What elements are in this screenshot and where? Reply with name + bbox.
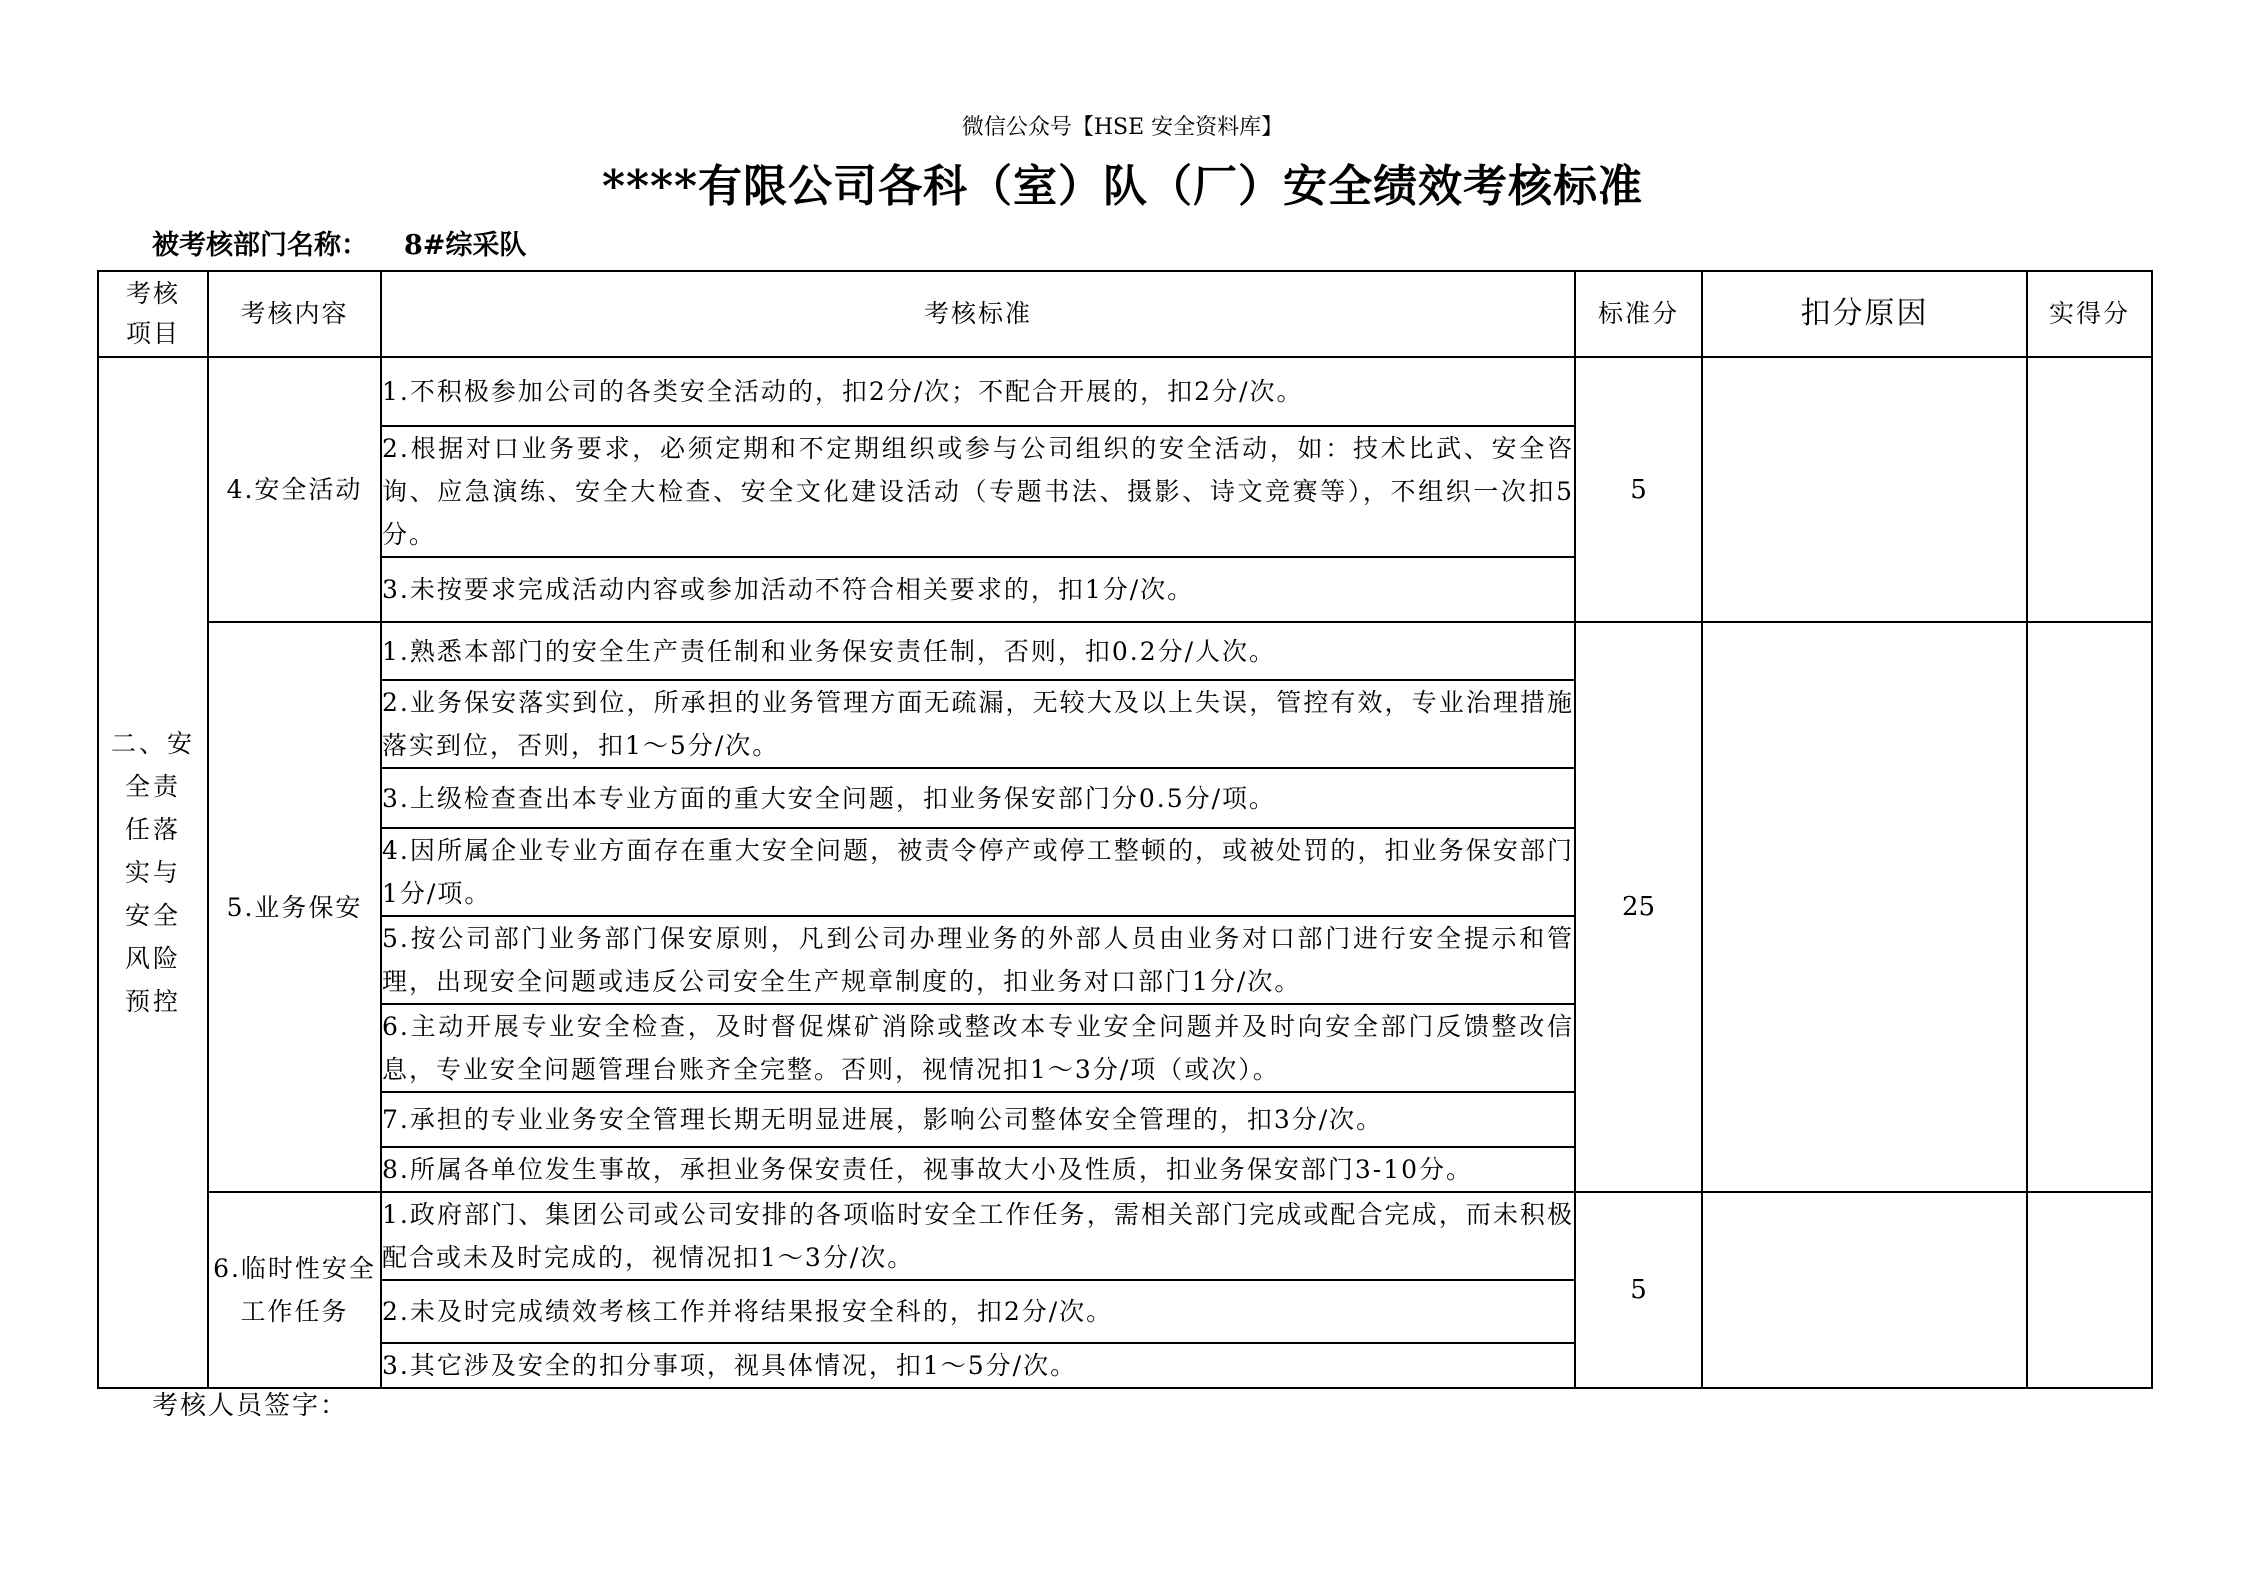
criterion-cell: 1.熟悉本部门的安全生产责任制和业务保安责任制，否则，扣0.2分/人次。 — [381, 622, 1575, 680]
department-label: 被考核部门名称： — [152, 230, 368, 261]
category-line: 风险 — [99, 937, 207, 980]
criterion-cell: 2.业务保安落实到位，所承担的业务管理方面无疏漏，无较大及以上失误，管控有效，专… — [381, 680, 1575, 768]
header-item-line1: 考核 — [99, 274, 207, 314]
criterion-cell: 6.主动开展专业安全检查，及时督促煤矿消除或整改本专业安全问题并及时向安全部门反… — [381, 1004, 1575, 1092]
header-item-line2: 项目 — [99, 314, 207, 354]
criterion-cell: 3.上级检查查出本专业方面的重大安全问题，扣业务保安部门分0.5分/项。 — [381, 768, 1575, 828]
header-actual-score: 实得分 — [2027, 271, 2152, 357]
criterion-cell: 1.不积极参加公司的各类安全活动的，扣2分/次；不配合开展的，扣2分/次。 — [381, 357, 1575, 426]
standard-score-cell: 5 — [1575, 357, 1702, 622]
department-value: 8#综采队 — [404, 230, 526, 261]
content-cell-temporary-tasks: 6.临时性安全工作任务 — [208, 1192, 381, 1388]
criterion-cell: 7.承担的专业业务安全管理长期无明显进展，影响公司整体安全管理的，扣3分/次。 — [381, 1092, 1575, 1147]
table-row: 5.业务保安 1.熟悉本部门的安全生产责任制和业务保安责任制，否则，扣0.2分/… — [98, 622, 2152, 680]
criterion-cell: 8.所属各单位发生事故，承担业务保安责任，视事故大小及性质，扣业务保安部门3-1… — [381, 1147, 1575, 1192]
criterion-cell: 1.政府部门、集团公司或公司安排的各项临时安全工作任务，需相关部门完成或配合完成… — [381, 1192, 1575, 1280]
category-line: 二、安 — [99, 722, 207, 765]
table-row: 6.临时性安全工作任务 1.政府部门、集团公司或公司安排的各项临时安全工作任务，… — [98, 1192, 2152, 1280]
actual-score-cell[interactable] — [2027, 1192, 2152, 1388]
deduction-reason-cell[interactable] — [1702, 1192, 2027, 1388]
header-standard-score: 标准分 — [1575, 271, 1702, 357]
signature-label: 考核人员签字： — [152, 1389, 348, 1423]
assessment-table: 考核 项目 考核内容 考核标准 标准分 扣分原因 实得分 二、安 全责 任落 实… — [97, 270, 2153, 1389]
standard-score-cell: 5 — [1575, 1192, 1702, 1388]
criterion-cell: 5.按公司部门业务部门保安原则，凡到公司办理业务的外部人员由业务对口部门进行安全… — [381, 916, 1575, 1004]
category-line: 安全 — [99, 894, 207, 937]
standard-score-cell: 25 — [1575, 622, 1702, 1192]
category-line: 实与 — [99, 851, 207, 894]
criterion-cell: 3.未按要求完成活动内容或参加活动不符合相关要求的，扣1分/次。 — [381, 557, 1575, 622]
actual-score-cell[interactable] — [2027, 622, 2152, 1192]
content-cell-business-safety: 5.业务保安 — [208, 622, 381, 1192]
header-criteria: 考核标准 — [381, 271, 1575, 357]
department-line: 被考核部门名称：8#综采队 — [152, 228, 526, 264]
criterion-cell: 4.因所属企业专业方面存在重大安全问题，被责令停产或停工整顿的，或被处罚的，扣业… — [381, 828, 1575, 916]
header-content: 考核内容 — [208, 271, 381, 357]
category-cell: 二、安 全责 任落 实与 安全 风险 预控 — [98, 357, 208, 1388]
table-row: 二、安 全责 任落 实与 安全 风险 预控 4.安全活动 1.不积极参加公司的各… — [98, 357, 2152, 426]
header-item: 考核 项目 — [98, 271, 208, 357]
criterion-cell: 2.未及时完成绩效考核工作并将结果报安全科的，扣2分/次。 — [381, 1280, 1575, 1343]
category-line: 预控 — [99, 980, 207, 1023]
header-row: 考核 项目 考核内容 考核标准 标准分 扣分原因 实得分 — [98, 271, 2152, 357]
criterion-cell: 2.根据对口业务要求，必须定期和不定期组织或参与公司组织的安全活动，如：技术比武… — [381, 426, 1575, 557]
actual-score-cell[interactable] — [2027, 357, 2152, 622]
deduction-reason-cell[interactable] — [1702, 357, 2027, 622]
watermark: 微信公众号【HSE 安全资料库】 — [0, 113, 2245, 143]
category-line: 全责 — [99, 765, 207, 808]
category-line: 任落 — [99, 808, 207, 851]
content-cell-safety-activities: 4.安全活动 — [208, 357, 381, 622]
deduction-reason-cell[interactable] — [1702, 622, 2027, 1192]
criterion-cell: 3.其它涉及安全的扣分事项，视具体情况，扣1～5分/次。 — [381, 1343, 1575, 1388]
document-title: ****有限公司各科（室）队（厂）安全绩效考核标准 — [0, 158, 2245, 216]
header-deduction-reason: 扣分原因 — [1702, 271, 2027, 357]
